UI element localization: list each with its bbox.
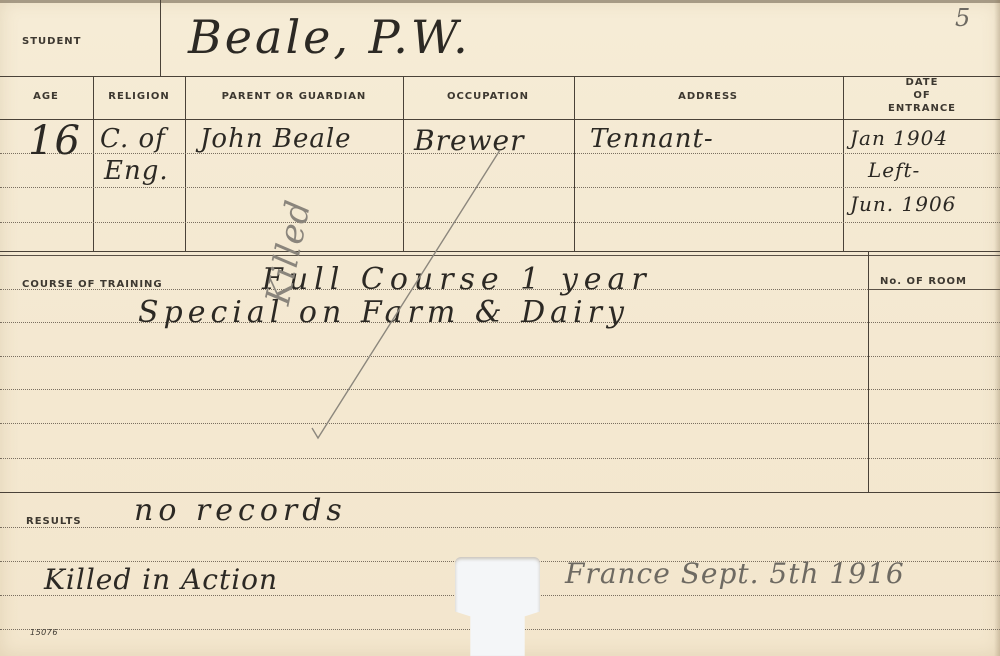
filing-notch bbox=[455, 557, 540, 656]
entry-religion-line1: C. of bbox=[100, 124, 166, 154]
results-label: RESULTS bbox=[26, 516, 82, 527]
header-date-line2: OF bbox=[888, 89, 956, 102]
course-rule-3 bbox=[0, 356, 1000, 357]
entry-rule-3 bbox=[0, 222, 1000, 223]
header-parent: PARENT OR GUARDIAN bbox=[222, 91, 367, 102]
student-record-card: STUDENT Beale, P.W. 5 AGE RELIGION PAREN… bbox=[0, 0, 1000, 656]
results-line1: no records bbox=[134, 493, 347, 528]
student-label: STUDENT bbox=[22, 36, 81, 47]
col-divider-parent bbox=[403, 76, 404, 252]
form-number: 15076 bbox=[30, 628, 58, 637]
entry-parent: John Beale bbox=[200, 124, 352, 154]
entry-occupation: Brewer bbox=[414, 124, 524, 157]
header-date-of-entrance: DATE OF ENTRANCE bbox=[888, 76, 956, 115]
student-divider bbox=[160, 0, 161, 76]
results-killed-in-action: Killed in Action bbox=[44, 563, 278, 596]
card-right-edge bbox=[994, 0, 1000, 656]
entry-address: Tennant- bbox=[590, 124, 714, 154]
entry-rule-2 bbox=[0, 187, 1000, 188]
student-row-border bbox=[0, 76, 1000, 77]
header-religion: RELIGION bbox=[108, 91, 169, 102]
header-date-line3: ENTRANCE bbox=[888, 102, 956, 115]
col-divider-occupation bbox=[574, 76, 575, 252]
header-occupation: OCCUPATION bbox=[447, 91, 529, 102]
entry-date-line2: Left- bbox=[868, 158, 920, 182]
entry-date-line3: Jun. 1906 bbox=[850, 192, 956, 216]
results-place-date: France Sept. 5th 1916 bbox=[565, 557, 905, 590]
entry-row-border-b bbox=[0, 255, 1000, 256]
entry-age: 16 bbox=[28, 118, 81, 164]
header-row-border bbox=[0, 119, 1000, 120]
course-rule-4 bbox=[0, 389, 1000, 390]
col-divider-age bbox=[93, 76, 94, 252]
corner-mark: 5 bbox=[955, 4, 971, 32]
header-address: ADDRESS bbox=[678, 91, 738, 102]
room-label-underline bbox=[868, 289, 1000, 290]
card-top-edge bbox=[0, 0, 1000, 3]
room-divider bbox=[868, 252, 869, 492]
header-date-line1: DATE bbox=[888, 76, 956, 89]
col-divider-religion bbox=[185, 76, 186, 252]
course-rule-5 bbox=[0, 423, 1000, 424]
room-label: No. OF ROOM bbox=[880, 276, 967, 287]
entry-religion-line2: Eng. bbox=[104, 156, 169, 186]
student-name: Beale, P.W. bbox=[188, 10, 471, 64]
header-age: AGE bbox=[33, 91, 59, 102]
course-line1: Full Course 1 year bbox=[262, 262, 652, 297]
course-line2: Special on Farm & Dairy bbox=[138, 295, 629, 330]
entry-row-border-a bbox=[0, 251, 1000, 252]
entry-date-line1: Jan 1904 bbox=[850, 126, 948, 150]
course-rule-6 bbox=[0, 458, 1000, 459]
col-divider-address bbox=[843, 76, 844, 252]
